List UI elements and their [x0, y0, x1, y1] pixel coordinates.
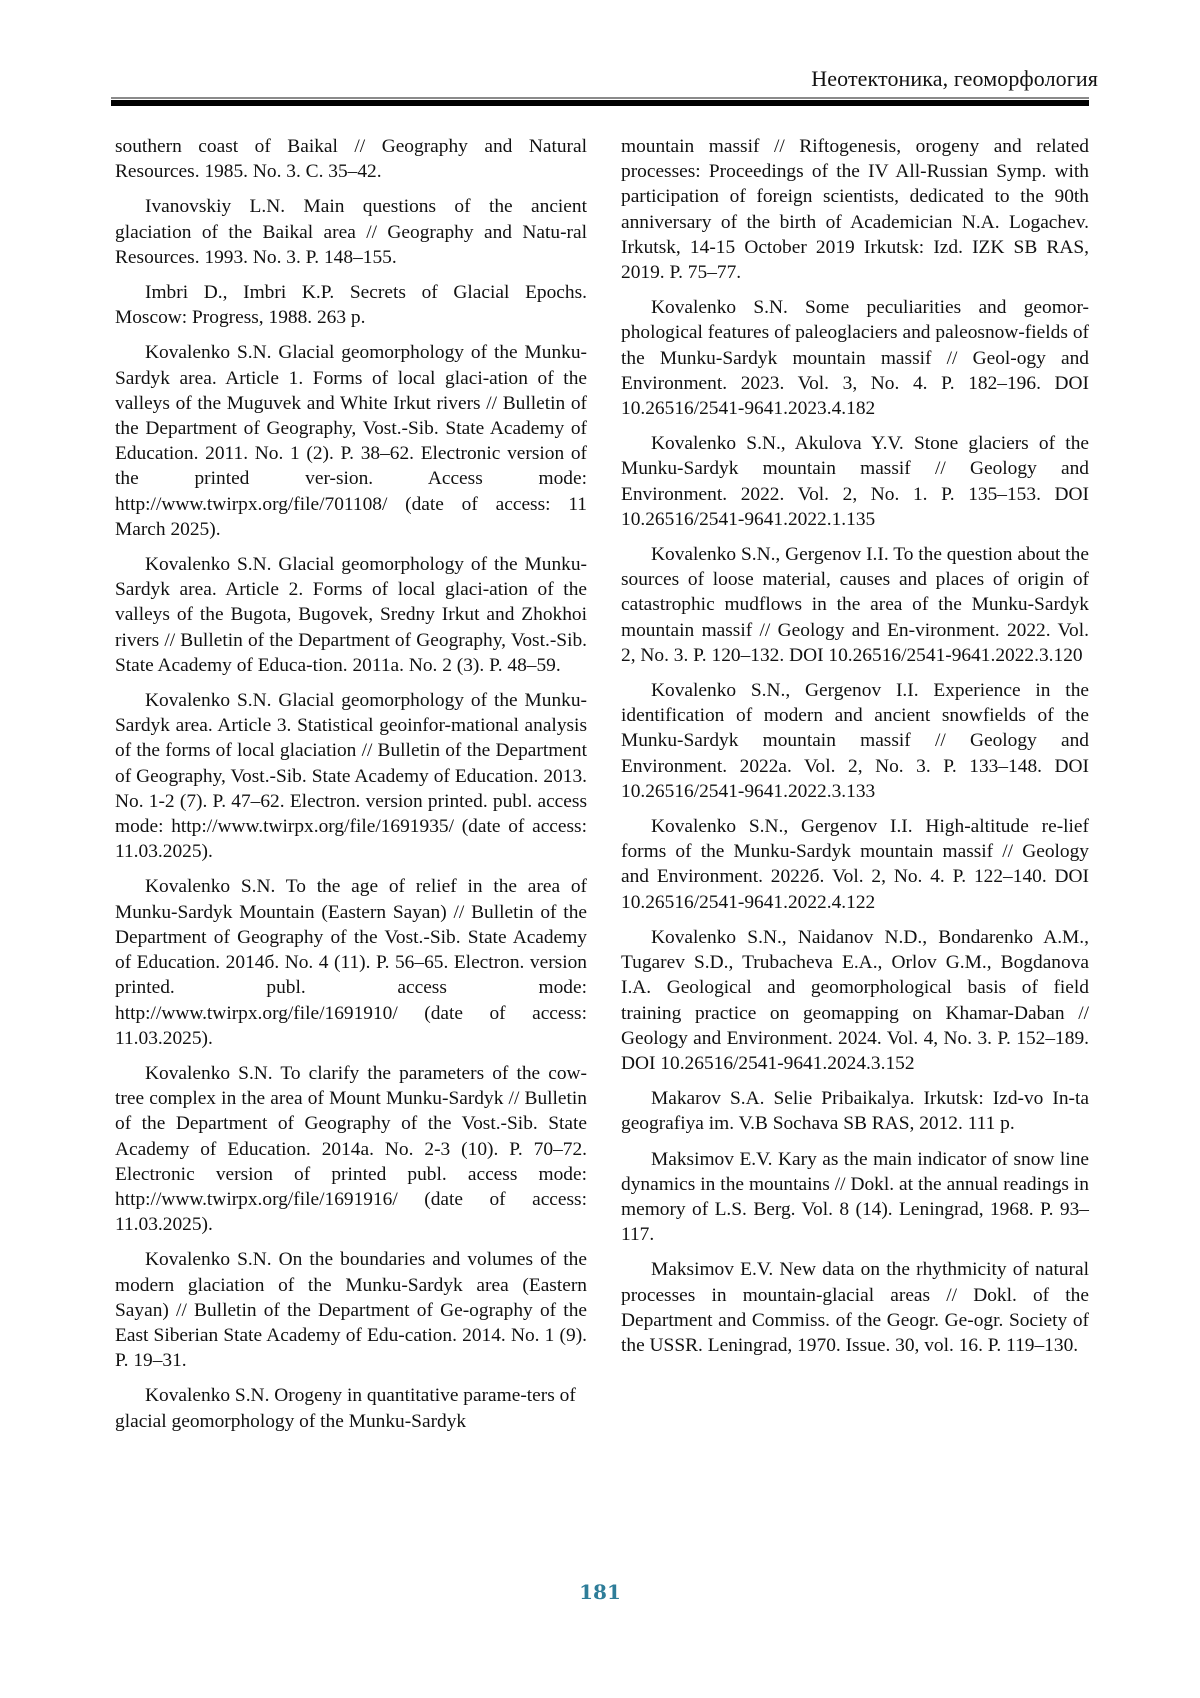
reference-item: mountain massif // Riftogenesis, orogeny…	[621, 134, 1089, 285]
reference-item: Kovalenko S.N. Glacial geomorphology of …	[115, 688, 587, 864]
reference-item: Kovalenko S.N. Orogeny in quantitative p…	[115, 1383, 587, 1433]
reference-item: Kovalenko S.N. Glacial geomorphology of …	[115, 340, 587, 542]
reference-item: Kovalenko S.N., Gergenov I.I. High-altit…	[621, 814, 1089, 915]
right-column-references: mountain massif // Riftogenesis, orogeny…	[621, 134, 1089, 1368]
reference-item: Kovalenko S.N. Glacial geomorphology of …	[115, 552, 587, 678]
page-number: 181	[0, 1580, 1200, 1604]
reference-item: Kovalenko S.N., Gergenov I.I. Experience…	[621, 678, 1089, 804]
reference-item: Kovalenko S.N. To clarify the parameters…	[115, 1061, 587, 1237]
reference-item: Maksimov E.V. New data on the rhythmicit…	[621, 1257, 1089, 1358]
section-title: Неотектоника, геоморфология	[811, 66, 1098, 92]
reference-item: Maksimov E.V. Kary as the main indicator…	[621, 1147, 1089, 1248]
reference-item: Ivanovskiy L.N. Main questions of the an…	[115, 194, 587, 270]
header-rule-divider	[111, 97, 1089, 107]
reference-item: southern coast of Baikal // Geography an…	[115, 134, 587, 184]
left-column-references: southern coast of Baikal // Geography an…	[115, 134, 587, 1444]
reference-item: Kovalenko S.N. Some peculiarities and ge…	[621, 295, 1089, 421]
reference-item: Kovalenko S.N., Naidanov N.D., Bondarenk…	[621, 925, 1089, 1076]
reference-item: Kovalenko S.N. On the boundaries and vol…	[115, 1247, 587, 1373]
reference-item: Imbri D., Imbri K.P. Secrets of Glacial …	[115, 280, 587, 330]
reference-item: Kovalenko S.N., Gergenov I.I. To the que…	[621, 542, 1089, 668]
header-rule-thick	[111, 100, 1089, 106]
header-rule-thin	[111, 97, 1089, 99]
reference-item: Kovalenko S.N., Akulova Y.V. Stone glaci…	[621, 431, 1089, 532]
reference-item: Makarov S.A. Selie Pribaikalya. Irkutsk:…	[621, 1086, 1089, 1136]
reference-item: Kovalenko S.N. To the age of relief in t…	[115, 874, 587, 1050]
